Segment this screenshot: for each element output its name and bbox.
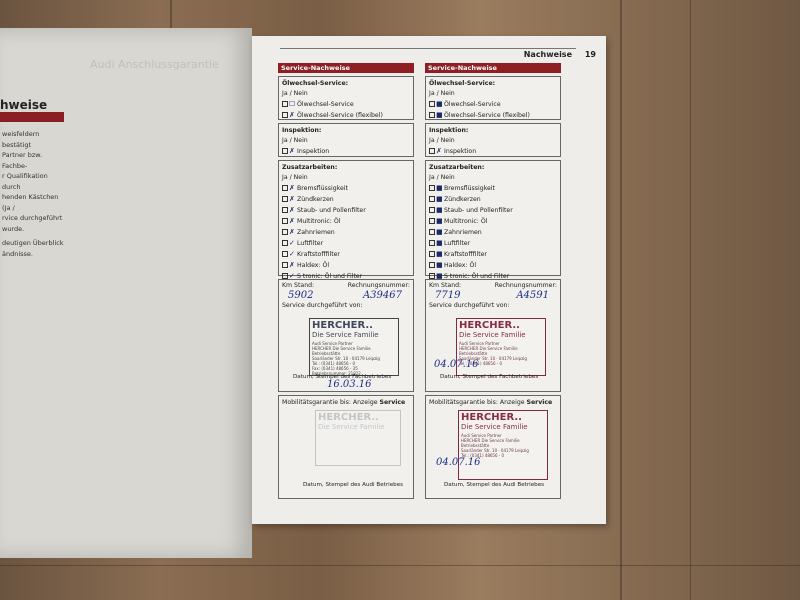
additional-work-box: Zusatzarbeiten:Ja / Nein■Bremsflüssigkei… [425,160,561,276]
page-section-title: Nachweise [524,50,572,59]
text-line: Partner bzw. Fachbe- [2,151,42,170]
checklist-item: ■Kraftstofffilter [429,249,557,260]
checklist-item: ✓Kraftstofffilter [282,249,410,260]
checklist-item: ✗Inspektion [282,146,410,157]
item-label: Staub- und Pollenfilter [444,207,513,214]
check-mark-icon[interactable]: ✗ [289,260,296,270]
box-title: Inspektion: [429,126,557,136]
checklist-item: ■Zündkerzen [429,194,557,205]
checklist-item: ■Haldex: Öl [429,260,557,271]
stamp-address: Audi Service PartnerHERCHER Die Service … [312,341,396,376]
check-mark-icon[interactable]: ✗ [436,146,443,156]
checklist-item: ■Bremsflüssigkeit [429,183,557,194]
left-title-bar [0,112,64,122]
checkbox-nein[interactable] [282,112,288,118]
dealer-stamp: HERCHER.. Die Service Familie Audi Servi… [309,318,399,376]
text-line: r Qualifikation durch [2,172,48,191]
text-line: wurde. [2,225,24,233]
text-line: weisfeldern bestätigt [2,130,39,149]
section-header: Service-Nachweise [425,63,561,73]
item-label: Multitronic: Öl [444,218,487,225]
check-mark-icon[interactable]: ■ [436,194,443,204]
box-title: Zusatzarbeiten: [282,163,410,173]
oil-change-box: Ölwechsel-Service:Ja / Nein■Ölwechsel-Se… [425,76,561,120]
check-mark-icon[interactable]: ✗ [289,194,296,204]
box-title: Inspektion: [282,126,410,136]
item-label: Multitronic: Öl [297,218,340,225]
checkbox-ja[interactable] [429,218,435,224]
yes-no-label: Ja / Nein [282,173,410,183]
wood-grain [0,565,800,566]
checklist-item: ✗Bremsflüssigkeit [282,183,410,194]
stamp-address: Audi Service PartnerHERCHER Die Service … [461,433,545,458]
check-mark-icon[interactable]: ■ [436,249,443,259]
item-label: Kraftstofffilter [297,251,340,258]
inspection-box: Inspektion:Ja / Nein✗Inspektion [278,123,414,157]
item-label: Zahnriemen [297,229,335,236]
checklist-item: ✗Multitronic: Öl [282,216,410,227]
left-page-text: weisfeldern bestätigtPartner bzw. Fachbe… [2,129,64,263]
check-mark-icon[interactable]: ✓ [289,238,296,248]
checkbox-ja[interactable] [429,196,435,202]
checkbox-nein[interactable] [282,196,288,202]
mobility-guarantee-box: Mobilitätsgarantie bis: Anzeige ServiceH… [278,395,414,499]
check-mark-icon[interactable]: ■ [436,260,443,270]
stamp-tagline: Die Service Familie [312,331,396,339]
checkbox-ja[interactable] [429,207,435,213]
checkbox-ja[interactable] [429,148,435,154]
service-by-label: Service durchgeführt von: [429,301,557,311]
show-through-text: Audi Anschlussgarantie [90,58,219,71]
check-mark-icon[interactable]: ■ [436,205,443,215]
yes-no-label: Ja / Nein [429,173,557,183]
item-label: Bremsflüssigkeit [444,185,495,192]
yes-no-label: Ja / Nein [282,136,410,146]
checklist-item: ✗Ölwechsel-Service (flexibel) [282,110,410,121]
service-entry-box: Km Stand:Rechnungsnummer: 5902A39467 Ser… [278,279,414,392]
check-mark-icon[interactable]: ■ [436,110,443,120]
checkbox-ja[interactable] [429,262,435,268]
item-label: Zahnriemen [444,229,482,236]
checklist-item: ■Ölwechsel-Service (flexibel) [429,110,557,121]
service-record-column-2: Service-NachweiseÖlwechsel-Service:Ja / … [425,63,561,499]
faded-stamp: HERCHER..Die Service Familie [315,410,401,466]
check-mark-icon[interactable]: ✗ [289,205,296,215]
oil-change-box: Ölwechsel-Service:Ja / Nein☐Ölwechsel-Se… [278,76,414,120]
text-line: rvice durchgeführt [2,214,62,222]
text-line: henden Kästchen (Ja / [2,193,58,212]
text-line: deutigen Überblick [2,239,64,247]
box-title: Ölwechsel-Service: [429,79,557,89]
service-by-label: Service durchgeführt von: [282,301,410,311]
service-entry-box: Km Stand:Rechnungsnummer: 7719A4591 Serv… [425,279,561,392]
mobility-label: Mobilitätsgarantie bis: Anzeige Service [429,398,557,408]
item-label: Staub- und Pollenfilter [297,207,366,214]
check-mark-icon[interactable]: ✗ [289,110,296,120]
item-label: Ölwechsel-Service (flexibel) [297,112,383,119]
yes-no-label: Ja / Nein [429,89,557,99]
checklist-item: ✓Luftfilter [282,238,410,249]
checkbox-nein[interactable] [282,262,288,268]
page-number: 19 [585,50,596,59]
checkbox-nein[interactable] [282,229,288,235]
checkbox-nein[interactable] [282,207,288,213]
checkbox-nein[interactable] [282,148,288,154]
item-label: Inspektion [297,148,329,155]
check-mark-icon[interactable]: ✗ [289,183,296,193]
checkbox-nein[interactable] [282,251,288,257]
checklist-item: ■Staub- und Pollenfilter [429,205,557,216]
mobility-guarantee-box: Mobilitätsgarantie bis: Anzeige Service … [425,395,561,499]
inspection-box: Inspektion:Ja / Nein✗Inspektion [425,123,561,157]
checklist-item: ✗Zahnriemen [282,227,410,238]
item-label: Ölwechsel-Service [297,101,354,108]
km-value[interactable]: 7719 [435,291,460,301]
checklist-item: ✗Staub- und Pollenfilter [282,205,410,216]
item-label: Haldex: Öl [444,262,476,269]
date-stamp-label: Datum, Stempel des Fachbetriebes [440,372,538,382]
check-mark-icon[interactable]: ✗ [289,216,296,226]
additional-work-box: Zusatzarbeiten:Ja / Nein✗Bremsflüssigkei… [278,160,414,276]
check-mark-icon[interactable]: ■ [436,238,443,248]
header-rule [280,48,576,49]
mobility-label: Mobilitätsgarantie bis: Anzeige Service [282,398,410,408]
audi-dealer-stamp: HERCHER.. Die Service Familie Audi Servi… [458,410,548,480]
wood-grain [620,0,622,600]
wood-grain [170,0,172,30]
check-mark-icon[interactable]: ■ [436,183,443,193]
item-label: Bremsflüssigkeit [297,185,348,192]
check-mark-icon[interactable]: ☐ [289,99,296,109]
service-record-column-1: Service-NachweiseÖlwechsel-Service:Ja / … [278,63,414,499]
left-page-title: hweise [0,98,47,112]
item-label: Inspektion [444,148,476,155]
checkbox-nein[interactable] [282,101,288,107]
check-mark-icon[interactable]: ✓ [289,249,296,259]
item-label: Ölwechsel-Service [444,101,501,108]
mobility-date[interactable]: 04.07.16 [436,458,481,468]
item-label: Kraftstofffilter [444,251,487,258]
stamp-brand: HERCHER.. [312,321,396,331]
checklist-item: ■Ölwechsel-Service [429,99,557,110]
checklist-item: ✗Inspektion [429,146,557,157]
invoice-value[interactable]: A39467 [363,291,402,301]
check-mark-icon[interactable]: ■ [436,227,443,237]
box-title: Zusatzarbeiten: [429,163,557,173]
checklist-item: ■Multitronic: Öl [429,216,557,227]
item-label: Zündkerzen [297,196,334,203]
check-mark-icon[interactable]: ✗ [289,146,296,156]
yes-no-label: Ja / Nein [429,136,557,146]
checkbox-ja[interactable] [429,101,435,107]
checkbox-nein[interactable] [282,185,288,191]
checkbox-ja[interactable] [429,251,435,257]
yes-no-label: Ja / Nein [282,89,410,99]
checklist-item: ✗Haldex: Öl [282,260,410,271]
checkbox-ja[interactable] [429,112,435,118]
box-title: Ölwechsel-Service: [282,79,410,89]
stamp-tagline: Die Service Familie [459,331,543,339]
audi-date-stamp-label: Datum, Stempel des Audi Betriebes [444,480,544,490]
check-mark-icon[interactable]: ■ [436,216,443,226]
item-label: Ölwechsel-Service (flexibel) [444,112,530,119]
service-date[interactable]: 04.07.16 [434,360,479,370]
checkbox-ja[interactable] [429,240,435,246]
text-line: ändnisse. [2,250,33,258]
checklist-item: ☐Ölwechsel-Service [282,99,410,110]
right-page: Nachweise 19 Service-NachweiseÖlwechsel-… [252,36,606,524]
km-value[interactable]: 5902 [288,291,313,301]
item-label: Luftfilter [297,240,323,247]
stamp-brand: HERCHER.. [461,413,545,423]
check-mark-icon[interactable]: ✗ [289,227,296,237]
check-mark-icon[interactable]: ■ [436,99,443,109]
checkbox-ja[interactable] [429,229,435,235]
left-page: hweise weisfeldern bestätigtPartner bzw.… [0,28,252,558]
item-label: Haldex: Öl [297,262,329,269]
checklist-item: ■Luftfilter [429,238,557,249]
wood-grain [690,0,691,600]
service-date[interactable]: 16.03.16 [327,380,372,390]
item-label: Zündkerzen [444,196,481,203]
stamp-brand: HERCHER.. [459,321,543,331]
checkbox-ja[interactable] [429,185,435,191]
checkbox-nein[interactable] [282,240,288,246]
section-header: Service-Nachweise [278,63,414,73]
stamp-tagline: Die Service Familie [461,423,545,431]
checkbox-nein[interactable] [282,218,288,224]
checklist-item: ■Zahnriemen [429,227,557,238]
invoice-value[interactable]: A4591 [516,291,549,301]
item-label: Luftfilter [444,240,470,247]
audi-date-stamp-label: Datum, Stempel des Audi Betriebes [303,480,403,490]
checklist-item: ✗Zündkerzen [282,194,410,205]
